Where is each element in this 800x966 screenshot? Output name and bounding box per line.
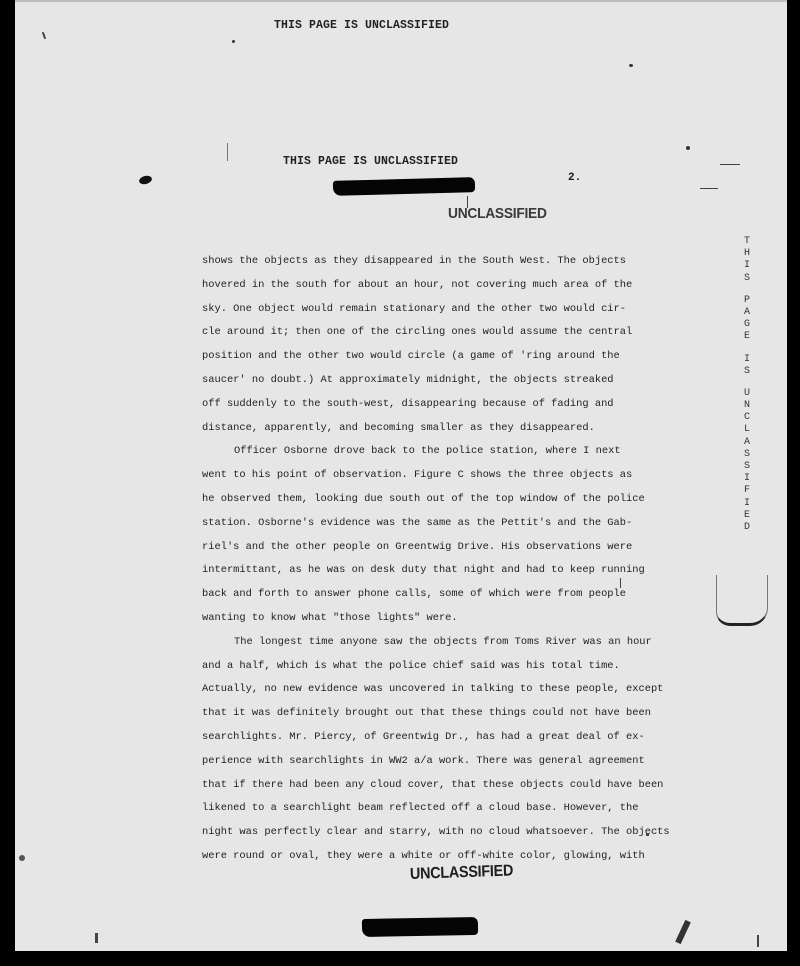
- margin-letter: I: [741, 354, 753, 366]
- margin-letter: U: [741, 388, 753, 400]
- margin-letter: I: [741, 498, 753, 510]
- text-line: perience with searchlights in WW2 a/a wo…: [202, 750, 642, 774]
- text-line: shows the objects as they disappeared in…: [202, 250, 642, 274]
- margin-letter: S: [741, 449, 753, 461]
- text-line: saucer' no doubt.) At approximately midn…: [202, 369, 642, 393]
- margin-bracket-mark: [716, 575, 768, 626]
- scan-speck: [232, 40, 235, 43]
- margin-gap: [741, 378, 753, 388]
- text-line: back and forth to answer phone calls, so…: [202, 583, 642, 607]
- text-line: night was perfectly clear and starry, wi…: [202, 821, 642, 845]
- scan-mark: [227, 143, 228, 161]
- margin-letter: G: [741, 319, 753, 331]
- scan-mark: [620, 578, 621, 588]
- scan-mark: [700, 188, 718, 189]
- text-line: sky. One object would remain stationary …: [202, 298, 642, 322]
- text-line: went to his point of observation. Figure…: [202, 464, 642, 488]
- page-number: 2.: [568, 172, 581, 184]
- scan-mark: [95, 933, 98, 943]
- text-line: cle around it; then one of the circling …: [202, 321, 642, 345]
- margin-gap: [741, 285, 753, 295]
- margin-letter: T: [741, 236, 753, 248]
- unclassified-stamp-bottom: UNCLASSIFIED: [410, 862, 514, 884]
- text-line: that it was definitely brought out that …: [202, 702, 642, 726]
- scan-mark: [757, 935, 759, 947]
- text-line: likened to a searchlight beam reflected …: [202, 797, 642, 821]
- margin-letter: N: [741, 400, 753, 412]
- paragraph-start-line: Officer Osborne drove back to the police…: [202, 440, 642, 464]
- margin-letter: D: [741, 522, 753, 534]
- margin-letter: L: [741, 424, 753, 436]
- text-line: riel's and the other people on Greentwig…: [202, 536, 642, 560]
- margin-letter: A: [741, 437, 753, 449]
- text-line: searchlights. Mr. Piercy, of Greentwig D…: [202, 726, 642, 750]
- margin-letter: A: [741, 307, 753, 319]
- scan-speck: [629, 64, 633, 67]
- scan-speck: [686, 146, 690, 150]
- margin-letter: I: [741, 473, 753, 485]
- margin-letter: E: [741, 331, 753, 343]
- top-classification-banner: THIS PAGE IS UNCLASSIFIED: [274, 19, 449, 32]
- margin-letter: I: [741, 260, 753, 272]
- scan-top-edge: [15, 0, 787, 2]
- text-line: and a half, which is what the police chi…: [202, 655, 642, 679]
- text-line: station. Osborne's evidence was the same…: [202, 512, 642, 536]
- scan-mark: [720, 164, 740, 165]
- margin-letter: S: [741, 366, 753, 378]
- text-line: Actually, no new evidence was uncovered …: [202, 678, 642, 702]
- text-line: he observed them, looking due south out …: [202, 488, 642, 512]
- text-line: hovered in the south for about an hour, …: [202, 274, 642, 298]
- text-line: distance, apparently, and becoming small…: [202, 417, 642, 441]
- margin-letter: S: [741, 461, 753, 473]
- margin-gap: [741, 344, 753, 354]
- margin-letter: F: [741, 485, 753, 497]
- text-line: intermittant, as he was on desk duty tha…: [202, 559, 642, 583]
- text-line: wanting to know what "those lights" were…: [202, 607, 642, 631]
- text-line: that if there had been any cloud cover, …: [202, 774, 642, 798]
- margin-letter: P: [741, 295, 753, 307]
- margin-letter: E: [741, 510, 753, 522]
- paragraph-start-line: The longest time anyone saw the objects …: [202, 631, 642, 655]
- body-text: shows the objects as they disappeared in…: [202, 250, 642, 869]
- margin-letter: H: [741, 248, 753, 260]
- margin-letter: S: [741, 273, 753, 285]
- text-line: position and the other two would circle …: [202, 345, 642, 369]
- unclassified-stamp-top: UNCLASSIFIED: [448, 205, 547, 222]
- text-line: off suddenly to the south-west, disappea…: [202, 393, 642, 417]
- margin-classification-vertical: T H I S P A G E I S U N C L A S S I F I …: [741, 236, 753, 534]
- redaction-bar-bottom: [362, 917, 478, 937]
- scan-speck: [19, 855, 25, 861]
- margin-letter: C: [741, 412, 753, 424]
- header-classification-banner: THIS PAGE IS UNCLASSIFIED: [283, 155, 458, 168]
- scan-mark: [646, 833, 649, 836]
